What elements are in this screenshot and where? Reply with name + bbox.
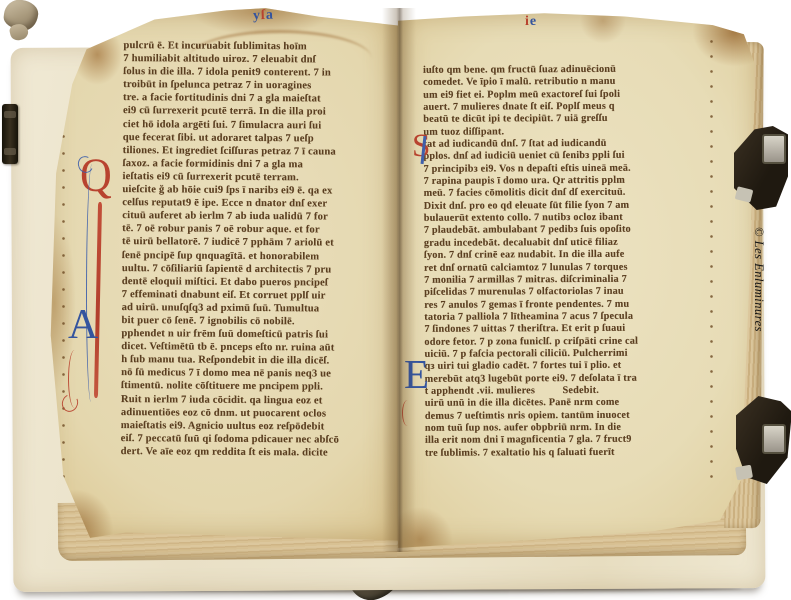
illuminated-initial-E: E xyxy=(404,354,429,395)
pricking-holes-left xyxy=(62,84,65,494)
clasp-buckle xyxy=(762,134,786,164)
clasp-catch xyxy=(735,186,754,202)
penwork-flourish xyxy=(86,164,97,402)
text-line: dert. Ve aīe eoz qm reddita ſt eis mala.… xyxy=(121,445,405,460)
clasp-catch xyxy=(735,465,753,481)
clasp-band xyxy=(4,111,16,118)
clasp-band xyxy=(4,148,16,155)
clasp-buckle xyxy=(762,424,786,454)
running-title-left: yſa xyxy=(253,9,274,24)
manuscript-photo: yſa pulcrū ē. Et incuruabit ſublimitas h… xyxy=(0,0,791,600)
text-line: tre ſublimis. 7 exaltatio his q ſaluati … xyxy=(425,446,715,460)
text-line: ſtimentū. nolite cōſtituere me pncipem p… xyxy=(121,379,405,394)
text-column-left: pulcrū ē. Et incuruabit ſublimitas hoīm7… xyxy=(121,39,408,460)
clasp-left-hinge xyxy=(2,104,18,164)
running-title-char: e xyxy=(530,14,537,29)
right-page: ie iuſto qm bene. qm fructū ſuaz adinuēc… xyxy=(398,10,764,550)
left-page: yſa pulcrū ē. Et incuruabit ſublimitas h… xyxy=(40,6,398,546)
text-column-right: iuſto qm bene. qm fructū ſuaz adinuēcion… xyxy=(423,63,715,460)
illuminated-initial-A: A xyxy=(68,304,98,346)
text-line: tē uirū bellatorē. 7 iudicē 7 pphām 7 ar… xyxy=(122,235,406,250)
photo-credit: © Les Enluminures xyxy=(751,227,766,417)
bookmark-tab-top xyxy=(0,0,42,40)
penwork-flourish xyxy=(402,400,413,426)
text-line: ei9 cū ſurrexerit pcutē terrā. In die il… xyxy=(123,104,407,119)
running-title-char: a xyxy=(266,8,275,23)
running-title-right: ie xyxy=(525,15,537,29)
clasp-right-top xyxy=(734,126,788,210)
